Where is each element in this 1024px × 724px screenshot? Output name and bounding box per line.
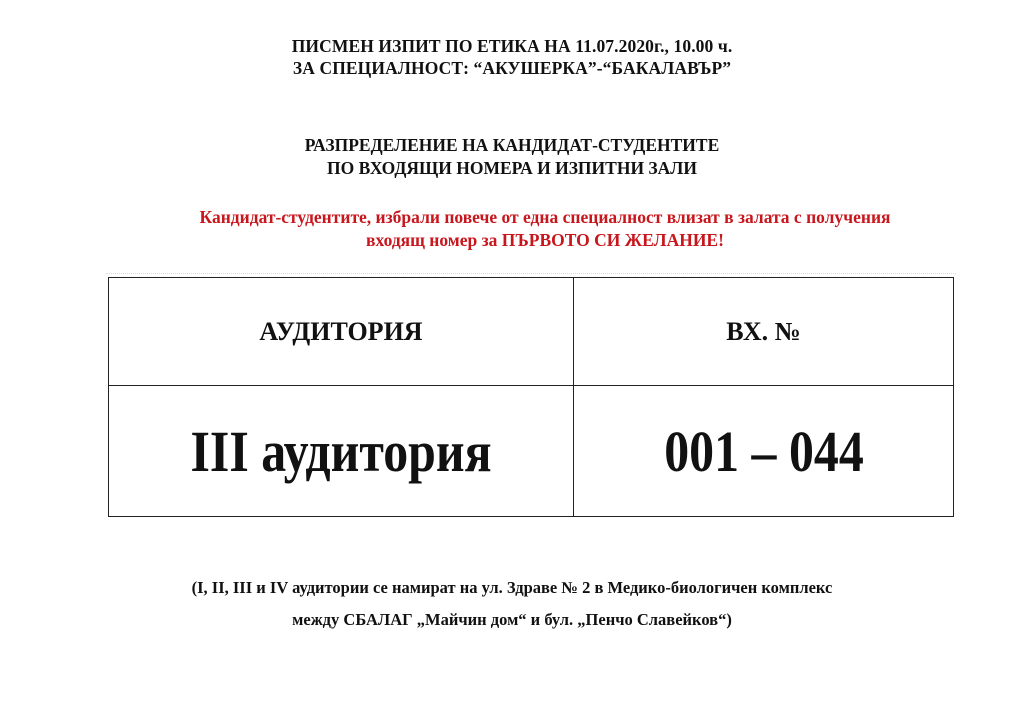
entry-range-value: 001 – 044	[664, 418, 864, 485]
notice-line-2: входящ номер за ПЪРВОТО СИ ЖЕЛАНИЕ!	[100, 230, 990, 251]
location-note-line-1: (I, II, III и IV аудитории се намират на…	[0, 578, 1024, 598]
notice-line-1: Кандидат-студентите, избрали повече от е…	[100, 207, 990, 228]
guide-line	[106, 273, 956, 274]
table-row: III аудитория 001 – 044	[109, 386, 954, 517]
table-header-row: АУДИТОРИЯ ВХ. №	[109, 278, 954, 386]
column-header-auditorium: АУДИТОРИЯ	[109, 278, 574, 386]
room-allocation-table: АУДИТОРИЯ ВХ. № III аудитория 001 – 044	[108, 277, 954, 517]
distribution-subtitle: ПО ВХОДЯЩИ НОМЕРА И ИЗПИТНИ ЗАЛИ	[0, 158, 1024, 179]
exam-title: ПИСМЕН ИЗПИТ ПО ЕТИКА НА 11.07.2020г., 1…	[0, 36, 1024, 57]
distribution-title: РАЗПРЕДЕЛЕНИЕ НА КАНДИДАТ-СТУДЕНТИТЕ	[0, 135, 1024, 156]
cell-auditorium: III аудитория	[109, 386, 574, 517]
auditorium-value: III аудитория	[190, 418, 491, 485]
specialty-title: ЗА СПЕЦИАЛНОСТ: “АКУШЕРКА”-“БАКАЛАВЪР”	[0, 58, 1024, 79]
notice: Кандидат-студентите, избрали повече от е…	[100, 207, 990, 251]
cell-entry-range: 001 – 044	[574, 386, 954, 517]
column-header-entry-number: ВХ. №	[574, 278, 954, 386]
location-note-line-2: между СБАЛАГ „Майчин дом“ и бул. „Пенчо …	[0, 610, 1024, 630]
